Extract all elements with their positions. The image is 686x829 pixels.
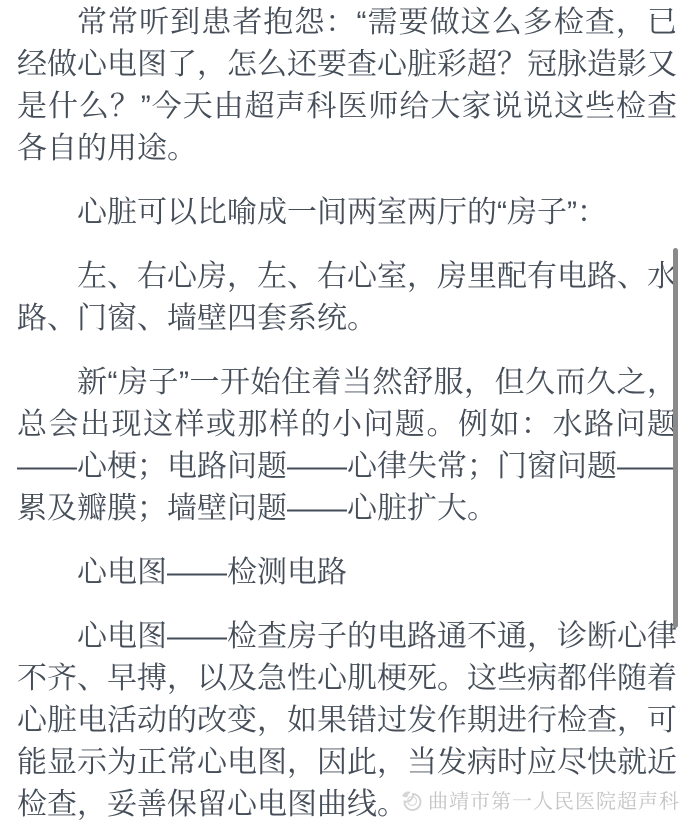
watermark: 曲靖市第一人民医院超声科 [399, 785, 680, 814]
paragraph-rooms: 左、右心房，左、右心室，房里配有电路、水路、门窗、墙壁四套系统。 [17, 256, 677, 340]
watermark-text: 曲靖市第一人民医院超声科 [428, 785, 680, 814]
scrollbar-thumb[interactable] [673, 248, 678, 628]
article-body: 常常听到患者抱怨：“需要做这么多检查，已经做心电图了，怎么还要查心脏彩超？冠脉造… [0, 0, 686, 826]
paragraph-metaphor-lead: 心脏可以比喻成一间两室两厅的“房子”： [17, 192, 677, 234]
paragraph-problems: 新“房子”一开始住着当然舒服，但久而久之，总会出现这样或那样的小问题。例如：水路… [17, 362, 677, 530]
paragraph-intro: 常常听到患者抱怨：“需要做这么多检查，已经做心电图了，怎么还要查心脏彩超？冠脉造… [17, 2, 677, 170]
hospital-logo-icon [399, 788, 423, 812]
paragraph-ecg-heading: 心电图——检测电路 [17, 552, 677, 594]
